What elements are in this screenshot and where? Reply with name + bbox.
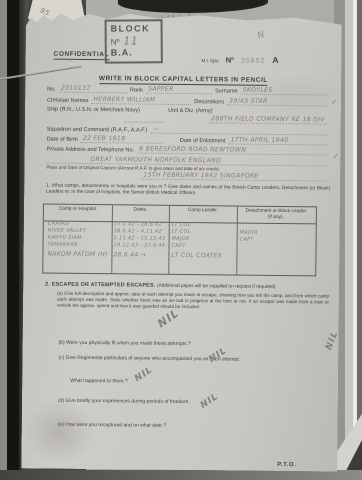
christian-names-value: HERBERT WILLIAM	[93, 96, 155, 104]
address-value-line2: GREAT YARMOUTH NORFOLK ENGLAND	[90, 156, 221, 164]
margin-check-mark: ✓	[332, 152, 339, 161]
ref-number-stamp: 35852	[241, 58, 266, 65]
table-row: RIVER VALLEY 28.6.42 - 4.11.42 LT COL MA…	[44, 228, 316, 231]
leader-cell: LT COL	[172, 222, 191, 228]
mi9-reference-line: M.I. 9(A) Nº 35852 A	[201, 54, 278, 65]
no-field: 2010137	[59, 85, 127, 94]
address-field: 6 BERESFORD ROAD NEWTOWN	[137, 146, 326, 156]
field-row-4: Squadron and Command (R.A.F., A.A.F.) —	[47, 125, 327, 136]
block-cell: MAJOR	[240, 230, 258, 236]
surname-label: Surname	[215, 88, 238, 94]
surname-value: SKOYLES	[243, 87, 273, 94]
leader-cell: MAJOR	[172, 236, 190, 242]
squadron-label: Squadron and Command (R.A.F., A.A.F.)	[47, 127, 148, 134]
dob-field: 22 FEB 1918	[81, 135, 163, 144]
squadron-field: —	[150, 126, 326, 136]
header-block-leader: Detachment or Block Leader (if any).	[237, 207, 315, 224]
camp-cell: NAKOM PATOM (H)	[47, 251, 107, 259]
table-column-divider	[236, 207, 238, 275]
camps-table: Camp or Hospital. Dates. Camp Leader. De…	[42, 204, 317, 277]
dates-cell: 17.2.42 - 28.6.42	[114, 221, 162, 228]
field-row-1: No. 2010137 Rank SAPPER Surname SKOYLES	[47, 85, 327, 96]
decorations-value: 39/45 STAR	[229, 97, 268, 104]
ref-no-label: Nº	[226, 55, 234, 64]
question-2e-text: (e) How were you recaptured and on what …	[58, 422, 166, 429]
underlying-page-edge	[345, 0, 353, 480]
table-row: TAMARKAN 19.12.43 - 27.6.44 CAPT	[44, 242, 316, 245]
ghost-pencil-mark: N	[256, 30, 265, 42]
enlistment-label: Date of Enlistment	[180, 138, 226, 144]
stamp-no-label: Nº	[111, 38, 120, 47]
nil-answer-pencil: NIL	[199, 392, 221, 411]
right-book-edge	[357, 0, 362, 480]
camp-cell: TAMARKAN	[48, 242, 78, 248]
question-2d-text: (d) Give briefly your experiences during…	[58, 398, 190, 405]
rank-label: Rank	[130, 87, 143, 93]
bottom-scan-shadow	[0, 470, 362, 480]
form-instruction-title: WRITE IN BLOCK CAPITAL LETTERS IN PENCIL	[25, 74, 341, 84]
leader-cell: LT COL COATES	[171, 252, 221, 260]
enlistment-value: 17TH APRIL 1940	[230, 136, 288, 144]
camp-cell: CHANGI	[48, 221, 70, 227]
dates-cell: 19.12.43 - 27.6.44	[114, 242, 166, 249]
capture-value: 15TH FEBRUARY 1942 SINGAPORE	[143, 172, 259, 180]
dates-cell: 28.6.42 - 4.11.42	[114, 228, 162, 235]
dob-label: Date of Birth	[47, 137, 78, 143]
form-instruction-text: WRITE IN BLOCK CAPITAL LETTERS IN PENCIL	[99, 75, 268, 86]
margin-check-mark: ✓	[331, 98, 338, 107]
nil-answer-pencil: NIL	[324, 330, 340, 352]
surname-field: SKOYLES	[241, 87, 328, 96]
stamp-no-line: Nº11	[111, 34, 157, 47]
dates-cell: 5.11.42 - 15.12.43	[114, 235, 166, 242]
camp-cell: KANYU SIAM	[48, 235, 82, 241]
christian-names-label: Christian Names	[47, 98, 88, 104]
nil-answer-pencil: NIL	[133, 365, 155, 384]
pow-liberation-questionnaire-page: CONFIDENTIAL BLOCK Nº11 B.A. M.I. 9(A) N…	[21, 10, 342, 471]
question-2c2-text: What happened to them ?	[70, 378, 128, 385]
decorations-label: Decorations	[194, 99, 224, 105]
ref-series-letter: A	[272, 55, 278, 65]
field-row-3: Ship (R.N., U.S.N. or Merchant Navy) Uni…	[47, 107, 327, 125]
capture-label: Place and Date of Original Capture (Airc…	[46, 165, 138, 171]
question-2b-text: (b) Were you physically fit when you mad…	[58, 340, 190, 347]
table-column-divider	[168, 206, 170, 274]
capture-field: 15TH FEBRUARY 1942 SINGAPORE	[141, 172, 326, 182]
binding-dark-strip	[7, 0, 19, 480]
rank-value: SAPPER	[148, 86, 174, 93]
ship-label: Ship (R.N., U.S.N. or Merchant Navy)	[47, 107, 121, 114]
leader-cell: CAPT	[172, 243, 186, 249]
pto-label: P.T.O.	[277, 462, 296, 468]
field-row-5: Date of Birth 22 FEB 1918 Date of Enlist…	[47, 135, 327, 146]
question-2a-text: (a) Give full description and approx. da…	[57, 291, 329, 312]
field-row-2: Christian Names HERBERT WILLIAM Decorati…	[47, 96, 327, 107]
header-camp-or-hospital: Camp or Hospital.	[44, 205, 112, 222]
section-2-heading-line: 2. ESCAPES OR ATTEMPTED ESCAPES. (Additi…	[45, 282, 277, 290]
stamp-block-number-pencil: 11	[123, 34, 138, 47]
table-row: KANYU SIAM 5.11.42 - 15.12.43 MAJOR CAPT	[44, 235, 316, 238]
decorations-field: 39/45 STAR	[227, 97, 327, 106]
no-label: No.	[47, 87, 56, 93]
table-row: NAKOM PATOM (H) 28.6.44 → LT COL COATES	[43, 251, 315, 254]
ship-field	[124, 114, 165, 122]
dob-value: 22 FEB 1918	[83, 135, 126, 142]
address-value: 6 BERESFORD ROAD NEWTOWN	[139, 146, 246, 154]
stamp-ba-word: B.A.	[111, 47, 157, 57]
block-stamp: BLOCK Nº11 B.A.	[105, 19, 163, 63]
rank-field: SAPPER	[146, 86, 212, 95]
no-value: 2010137	[61, 85, 91, 92]
field-row-7: Place and Date of Original Capture (Airc…	[46, 165, 326, 182]
enlistment-field: 17TH APRIL 1940	[228, 136, 326, 145]
binding-outer-strip	[0, 0, 7, 480]
section-2-heading: 2. ESCAPES OR ATTEMPTED ESCAPES.	[45, 282, 155, 289]
stamp-block-word: BLOCK	[111, 23, 157, 33]
section-2-note: (Additional paper will be supplied on re…	[157, 284, 277, 290]
straight-pin-head	[70, 62, 74, 66]
question-1-text: 1. What camps, detachments or hospitals …	[46, 184, 330, 199]
leader-cell: LT COL	[172, 229, 191, 235]
unit-value: 288TH FIELD COMPANY RE 18 DIV	[211, 115, 325, 123]
header-dates: Dates.	[112, 205, 169, 222]
mi9-org-label: M.I. 9(A)	[201, 58, 218, 63]
camp-cell: RIVER VALLEY	[48, 228, 87, 234]
scanned-document-page: 95 1457 7 CONFIDENTIAL BLOCK Nº11 B.A. M…	[0, 0, 362, 480]
dates-cell: 28.6.44 →	[113, 251, 146, 258]
field-row-6: Private Address and Telephone No. 6 BERE…	[47, 145, 327, 156]
address-label: Private Address and Telephone No.	[47, 147, 135, 154]
squadron-value: —	[152, 126, 159, 133]
unit-field: 288TH FIELD COMPANY RE 18 DIV	[209, 115, 327, 124]
confidential-marking: CONFIDENTIAL	[53, 51, 109, 61]
unit-label: Unit & Div. (Army)	[168, 108, 206, 115]
header-camp-leader: Camp Leader.	[169, 206, 237, 223]
christian-names-field: HERBERT WILLIAM	[91, 96, 191, 105]
block-cell: CAPT	[240, 237, 254, 243]
